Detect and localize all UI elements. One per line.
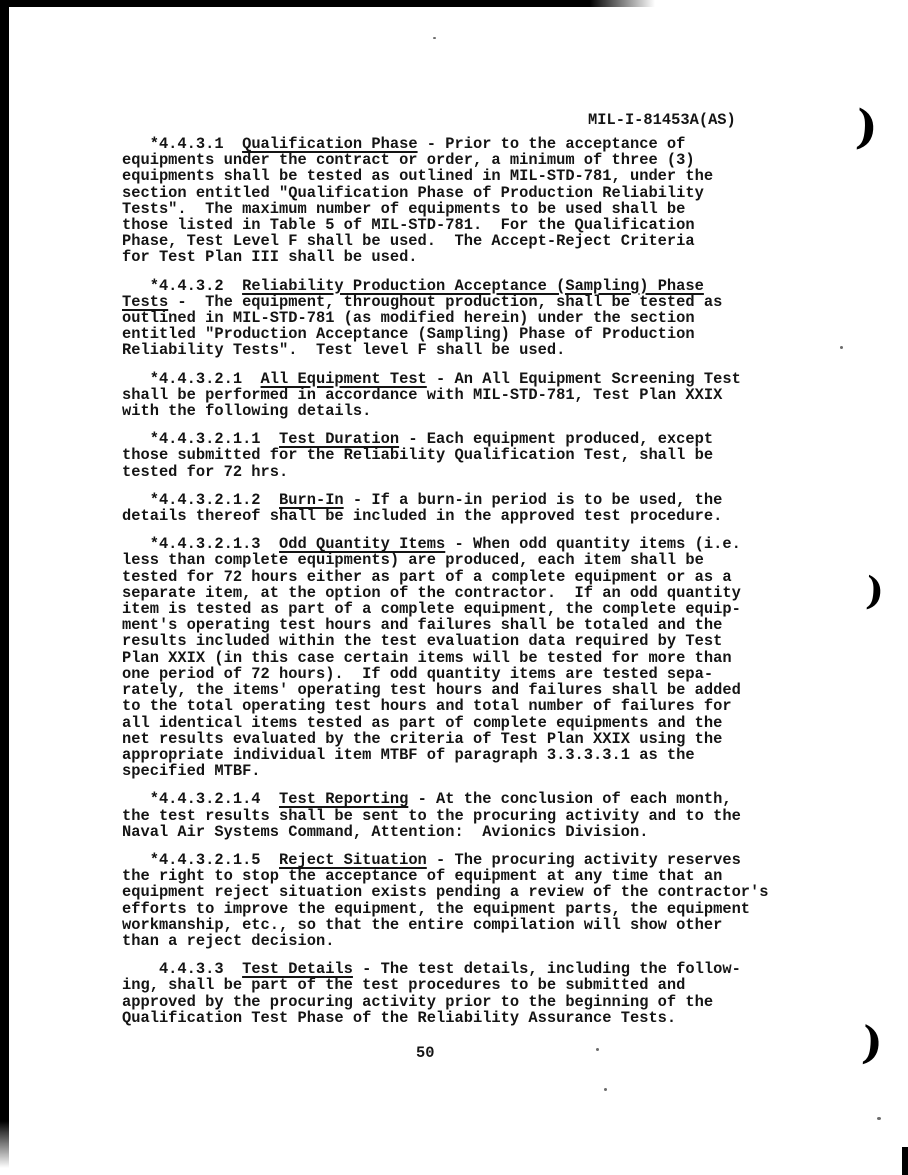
paragraph-4.4.3.1: *4.4.3.1 Qualification Phase - Prior to …	[122, 136, 769, 266]
text-line: Plan XXIX (in this case certain items wi…	[122, 650, 769, 666]
text-line: separate item, at the option of the cont…	[122, 585, 769, 601]
text-line: approved by the procuring activity prior…	[122, 994, 769, 1010]
text-line: shall be performed in accordance with MI…	[122, 387, 769, 403]
text-line: item is tested as part of a complete equ…	[122, 601, 769, 617]
text-line: specified MTBF.	[122, 763, 769, 779]
scan-speck	[877, 1117, 881, 1120]
text-line: Reliability Tests". Test level F shall b…	[122, 342, 769, 358]
scan-speck	[433, 37, 436, 39]
text-line: tested for 72 hours either as part of a …	[122, 569, 769, 585]
scan-speck	[840, 346, 843, 349]
text-line: equipments under the contract or order, …	[122, 152, 769, 168]
document-body: *4.4.3.1 Qualification Phase - Prior to …	[122, 136, 769, 1026]
document-id-header: MIL-I-81453A(AS)	[588, 111, 736, 129]
paragraph-4.4.3.2.1.2: *4.4.3.2.1.2 Burn-In - If a burn-in peri…	[122, 492, 769, 524]
text-line: efforts to improve the equipment, the eq…	[122, 901, 769, 917]
text-line: net results evaluated by the criteria of…	[122, 731, 769, 747]
text-line: all identical items tested as part of co…	[122, 715, 769, 731]
text-line: section entitled "Qualification Phase of…	[122, 185, 769, 201]
text-line: workmanship, etc., so that the entire co…	[122, 917, 769, 933]
text-line: entitled "Production Acceptance (Samplin…	[122, 326, 769, 342]
text-line: ment's operating test hours and failures…	[122, 617, 769, 633]
text-line: appropriate individual item MTBF of para…	[122, 747, 769, 763]
text-line: *4.4.3.2.1.2 Burn-In - If a burn-in peri…	[122, 492, 769, 508]
paragraph-4.4.3.2.1: *4.4.3.2.1 All Equipment Test - An All E…	[122, 371, 769, 420]
scan-edge-corner-mark	[902, 1147, 908, 1175]
text-line: tested for 72 hrs.	[122, 464, 769, 480]
text-line: results included within the test evaluat…	[122, 633, 769, 649]
page-number: 50	[416, 1044, 434, 1062]
text-line: one period of 72 hours). If odd quantity…	[122, 666, 769, 682]
text-line: outlined in MIL-STD-781 (as modified her…	[122, 310, 769, 326]
binding-paren-mark-top: )	[854, 103, 879, 150]
text-line: *4.4.3.2 Reliability Production Acceptan…	[122, 278, 769, 294]
text-line: details thereof shall be included in the…	[122, 508, 769, 524]
text-line: *4.4.3.2.1.3 Odd Quantity Items - When o…	[122, 536, 769, 552]
text-line: Naval Air Systems Command, Attention: Av…	[122, 824, 769, 840]
text-line: Qualification Test Phase of the Reliabil…	[122, 1010, 769, 1026]
paragraph-4.4.3.2.1.3: *4.4.3.2.1.3 Odd Quantity Items - When o…	[122, 536, 769, 779]
text-line: rately, the items' operating test hours …	[122, 682, 769, 698]
text-line: ing, shall be part of the test procedure…	[122, 977, 769, 993]
text-line: with the following details.	[122, 403, 769, 419]
text-line: equipments shall be tested as outlined i…	[122, 168, 769, 184]
scan-edge-top-bar	[0, 0, 655, 7]
paragraph-4.4.3.2.1.5: *4.4.3.2.1.5 Reject Situation - The proc…	[122, 852, 769, 949]
scan-speck	[596, 1048, 599, 1051]
text-line: *4.4.3.2.1.1 Test Duration - Each equipm…	[122, 431, 769, 447]
paragraph-4.4.3.2.1.4: *4.4.3.2.1.4 Test Reporting - At the con…	[122, 791, 769, 840]
text-line: *4.4.3.1 Qualification Phase - Prior to …	[122, 136, 769, 152]
text-line: *4.4.3.2.1.4 Test Reporting - At the con…	[122, 791, 769, 807]
scan-speck	[604, 1088, 607, 1091]
scanned-document-page: ) ) ) MIL-I-81453A(AS) *4.4.3.1 Qualific…	[0, 0, 908, 1175]
text-line: *4.4.3.2.1 All Equipment Test - An All E…	[122, 371, 769, 387]
text-line: less than complete equipments) are produ…	[122, 552, 769, 568]
text-line: those listed in Table 5 of MIL-STD-781. …	[122, 217, 769, 233]
text-line: for Test Plan III shall be used.	[122, 249, 769, 265]
scan-edge-left-bar	[0, 0, 9, 1168]
text-line: *4.4.3.2.1.5 Reject Situation - The proc…	[122, 852, 769, 868]
paragraph-4.4.3.2: *4.4.3.2 Reliability Production Acceptan…	[122, 278, 769, 359]
text-line: than a reject decision.	[122, 933, 769, 949]
text-line: to the total operating test hours and to…	[122, 698, 769, 714]
text-line: Phase, Test Level F shall be used. The A…	[122, 233, 769, 249]
binding-paren-mark-bottom: )	[860, 1021, 884, 1066]
text-line: Tests - The equipment, throughout produc…	[122, 294, 769, 310]
text-line: the right to stop the acceptance of equi…	[122, 868, 769, 884]
text-line: 4.4.3.3 Test Details - The test details,…	[122, 961, 769, 977]
binding-paren-mark-middle: )	[865, 571, 886, 610]
paragraph-4.4.3.2.1.1: *4.4.3.2.1.1 Test Duration - Each equipm…	[122, 431, 769, 480]
text-line: equipment reject situation exists pendin…	[122, 884, 769, 900]
paragraph-4.4.3.3: 4.4.3.3 Test Details - The test details,…	[122, 961, 769, 1026]
text-line: Tests". The maximum number of equipments…	[122, 201, 769, 217]
text-line: the test results shall be sent to the pr…	[122, 808, 769, 824]
text-line: those submitted for the Reliability Qual…	[122, 447, 769, 463]
